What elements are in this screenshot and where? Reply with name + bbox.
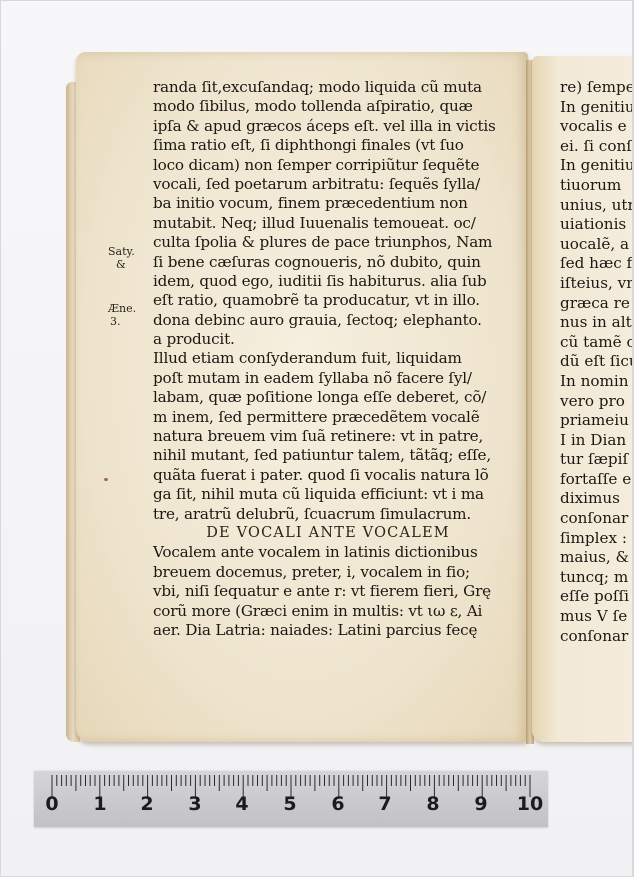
margin-note: &: [108, 258, 148, 271]
text-line: nihil mutant, ſed patiuntur talem, tãtãq…: [153, 446, 503, 465]
text-line: ſimplex :: [560, 529, 634, 549]
text-line: conſonar: [560, 627, 634, 647]
text-line: eſt ratio, quamobrẽ ta producatur, vt in…: [153, 291, 503, 310]
ruler-label: 0: [45, 793, 58, 815]
text-line: fortaſſe e: [560, 470, 634, 490]
ruler-label: 5: [283, 793, 296, 815]
text-line: nus in alt: [560, 313, 634, 333]
text-line: loco dicam) non ſemper corripiũtur ſequẽ…: [153, 156, 503, 175]
text-line: idem, quod ego, iuditii ſis habiturus. a…: [153, 272, 503, 291]
text-line: vbi, niſi ſequatur e ante r: vt fierem f…: [153, 582, 503, 601]
text-line: cũ tamẽ c: [560, 333, 634, 353]
ink-stain: [104, 478, 108, 481]
text-line: m inem, ſed permittere præcedẽtem vocalẽ: [153, 408, 503, 427]
text-line: natura breuem vim ſuã retinere: vt in pa…: [153, 427, 503, 446]
ruler-label: 8: [426, 793, 439, 815]
margin-note: 3.: [108, 315, 148, 328]
text-line: re) ſempe: [560, 78, 634, 98]
margin-note: Saty.: [108, 245, 148, 258]
text-line: tur ſæpiſ: [560, 450, 634, 470]
text-line: ſed hæc fu: [560, 254, 634, 274]
text-line: I in Dian: [560, 431, 634, 451]
text-line: iſteius, vn: [560, 274, 634, 294]
ruler-label: 1: [93, 793, 106, 815]
text-line: græca re: [560, 294, 634, 314]
text-line: dũ eſt ſicu: [560, 352, 634, 372]
margin-notes: Saty. & Æne. 3.: [108, 245, 148, 328]
left-page-text: randa ſit,excuſandaq; modo liquida cũ mu…: [153, 78, 503, 640]
ruler-label: 3: [188, 793, 201, 815]
text-line: tre, aratrũ delubrũ, ſcuacrum ſimulacrum…: [153, 505, 503, 524]
measurement-ruler: 0 1 2 3 4 5 6 7 8 9 10: [34, 770, 548, 827]
text-line: maius, &: [560, 548, 634, 568]
text-line: ſima ratio eſt, ſi diphthongi finales (v…: [153, 136, 503, 155]
ruler-label: 9: [474, 793, 487, 815]
text-line: diximus: [560, 489, 634, 509]
text-line: ba initio vocum, finem præcedentium non: [153, 194, 503, 213]
text-line: ſi bene cæſuras cognoueris, nõ dubito, q…: [153, 253, 503, 272]
text-line: ei. ſi conſ: [560, 137, 634, 157]
ruler-label: 4: [235, 793, 248, 815]
text-line: Vocalem ante vocalem in latinis dictioni…: [153, 543, 503, 562]
text-line: ga ſit, nihil muta cũ liquida efficiunt:…: [153, 485, 503, 504]
text-line: mutabit. Neq; illud Iuuenalis temoueat. …: [153, 214, 503, 233]
text-line: breuem docemus, preter, i, vocalem in fi…: [153, 563, 503, 582]
text-line: randa ſit,excuſandaq; modo liquida cũ mu…: [153, 78, 503, 97]
text-line: quãta fuerat i pater. quod ſi vocalis na…: [153, 466, 503, 485]
text-line: dona debinc auro grauia, ſectoq; elephan…: [153, 311, 503, 330]
text-line: priameiu: [560, 411, 634, 431]
section-heading: DE VOCALI ANTE VOCALEM: [153, 524, 503, 543]
text-line: In genitiu: [560, 156, 634, 176]
text-line: conſonar: [560, 509, 634, 529]
text-line: vocalis e: [560, 117, 634, 137]
text-line: a producit.: [153, 330, 503, 349]
text-line: uocalẽ, a: [560, 235, 634, 255]
text-line: vocali, ſed poetarum arbitratu: ſequẽs ſ…: [153, 175, 503, 194]
text-line: ipſa & apud græcos áceps eſt. vel illa i…: [153, 117, 503, 136]
text-line: mus V ſe: [560, 607, 634, 627]
text-line: Illud etiam conſyderandum fuit, liquidam: [153, 349, 503, 368]
text-line: poſt mutam in eadem ſyllaba nõ facere ſy…: [153, 369, 503, 388]
text-line: labam, quæ poſitione longa eſſe deberet,…: [153, 388, 503, 407]
ruler-label: 2: [140, 793, 153, 815]
text-line: culta ſpolia & plures de pace triunphos,…: [153, 233, 503, 252]
right-page-text: re) ſempe In genitiu vocalis e ei. ſi co…: [560, 78, 634, 646]
text-line: unius, utr: [560, 196, 634, 216]
text-line: tuncq; m: [560, 568, 634, 588]
margin-note: Æne.: [108, 302, 148, 315]
ruler-label: 10: [517, 793, 543, 815]
ruler-label: 6: [331, 793, 344, 815]
text-line: corũ more (Græci enim in multis: vt ιω ε…: [153, 602, 503, 621]
text-line: In nomin: [560, 372, 634, 392]
text-line: aer. Dia Latria: naiades: Latini parcius…: [153, 621, 503, 640]
text-line: In genitiu: [560, 98, 634, 118]
text-line: vero pro: [560, 392, 634, 412]
ruler-label: 7: [378, 793, 391, 815]
text-line: uiationis: [560, 215, 634, 235]
text-line: modo ſibilus, modo tollenda aſpiratio, q…: [153, 97, 503, 116]
text-line: tiuorum: [560, 176, 634, 196]
text-line: eſſe poſſi: [560, 587, 634, 607]
